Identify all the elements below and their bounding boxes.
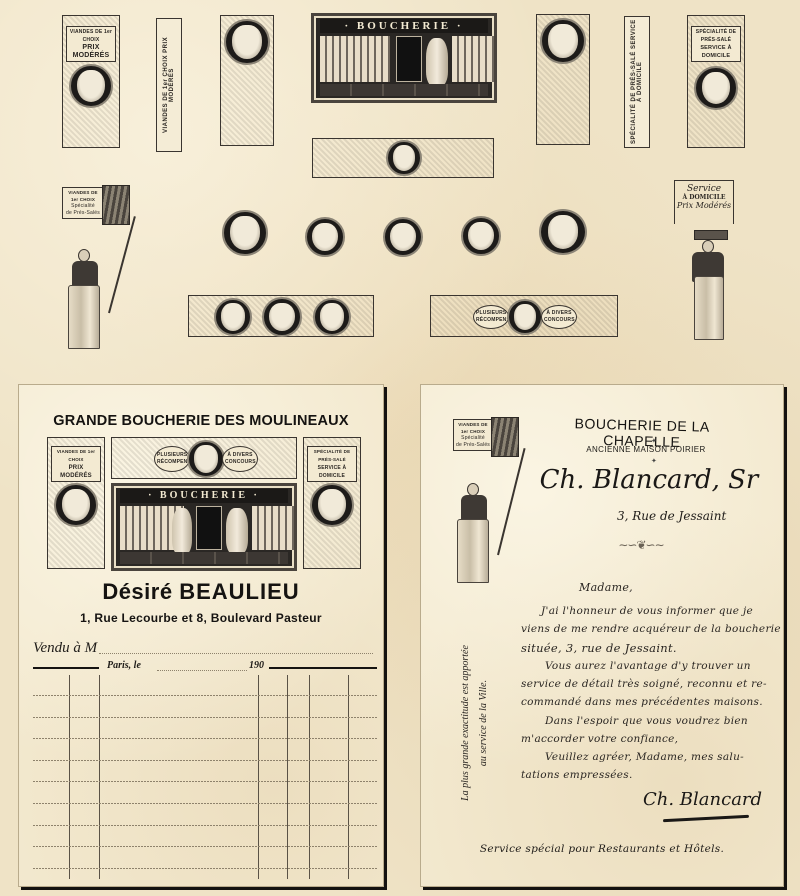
ox-head-icon (310, 483, 354, 527)
ledger-row (33, 781, 377, 782)
medal-plusieurs-recompenses: PLUSIEURS RÉCOMPENSES (473, 305, 509, 329)
vignette-right-column: SPÉCIALITÉ DE PRÉS-SALÉ SERVICE À DOMICI… (303, 437, 361, 569)
shop-sign: · BOUCHERIE · (120, 489, 288, 503)
porter-sign: Service À DOMICILE Prix Modérés (674, 180, 734, 224)
footer-note: Service spécial pour Restaurants et Hôte… (421, 843, 783, 855)
side-note-vertical: La plus grande exactitude est apportée a… (457, 603, 497, 843)
ledger-row (33, 695, 377, 696)
ox-head-icon (694, 66, 738, 110)
sold-to-line (99, 653, 373, 654)
sold-to-field[interactable]: Vendu à M (33, 637, 373, 657)
butcher-with-flag-illustration: VIANDES DE 1er CHOIX Spécialité de Prés-… (451, 415, 526, 587)
letter-line: m'accorder votre confiance, (521, 733, 678, 745)
flag-banner: VIANDES DE 1er CHOIX Spécialité de Prés-… (62, 187, 104, 219)
sheep-head-icon (187, 440, 225, 478)
owner-address: 1, Rue Lecourbe et 8, Boulevard Pasteur (19, 611, 383, 625)
ledger-row (33, 760, 377, 761)
ledger-row (33, 846, 377, 847)
letter-line: viens de me rendre acquéreur de la bouch… (521, 623, 781, 635)
ox-head-icon (262, 297, 302, 337)
medal-plusieurs-recompenses: PLUSIEURS RÉCOMPENSES (154, 446, 190, 472)
medal-divers-concours: À DIVERS CONCOURS (541, 305, 577, 329)
year-label: 190 (249, 660, 264, 671)
bull-head-icon (540, 18, 586, 64)
ribbon-vertical-right: SPÉCIALITÉ DE PRÉS-SALÉ SERVICE À DOMICI… (624, 16, 650, 148)
invoice-card-beaulieu: GRANDE BOUCHERIE DES MOULINEAUX VIANDES … (18, 384, 384, 887)
flag-banner: VIANDES DE 1er CHOIX Spécialité de Prés-… (453, 419, 493, 451)
sold-to-label: Vendu à M (33, 640, 97, 657)
vignette-cow-panel-left: VIANDES DE 1er CHOIX PRIX MODÉRÉS (62, 15, 120, 148)
porter-with-basket-illustration: Service À DOMICILE Prix Modérés (672, 180, 742, 352)
letter-line: Veuillez agréer, Madame, mes salu- (545, 751, 744, 763)
letter-line: tations empressées. (521, 769, 633, 781)
calf-head-icon (214, 298, 252, 336)
banner-specialite: SPÉCIALITÉ DE PRÉS-SALÉ SERVICE À DOMICI… (691, 26, 741, 62)
ledger-row (33, 738, 377, 739)
vignette-cow-panel-right: SPÉCIALITÉ DE PRÉS-SALÉ SERVICE À DOMICI… (687, 15, 745, 148)
ox-head-medallion (222, 210, 268, 256)
calf-head-medallion (383, 217, 423, 257)
lamb-head-medallion (461, 216, 501, 256)
frieze-three-heads (188, 295, 374, 337)
invoice-title: GRANDE BOUCHERIE DES MOULINEAUX (19, 413, 383, 429)
banner-specialite: SPÉCIALITÉ DE PRÉS-SALÉ SERVICE À DOMICI… (307, 446, 357, 482)
flourish-ornament: ∼∽❦∽∼ (601, 538, 681, 552)
signature-underline (663, 815, 749, 822)
letter-line: Dans l'espoir que vous voudrez bien (545, 715, 748, 727)
letterhead-address: 3, Rue de Jessaint (617, 509, 726, 523)
ribbon-vertical-left: VIANDES DE 1er CHOIX PRIX MODÉRÉS (156, 18, 182, 152)
sheep-head-icon (313, 298, 351, 336)
sheep-head-icon (507, 299, 543, 335)
cow-head-icon (224, 19, 270, 65)
divider-ornament: ✦ (651, 437, 657, 445)
shopfront-illustration: · BOUCHERIE · (311, 13, 497, 103)
date-label: Paris, le (107, 660, 141, 671)
vignette-left-column: VIANDES DE 1er CHOIX PRIX MODÉRÉS (47, 437, 105, 569)
cow-head-medallion (539, 209, 587, 255)
date-input-line[interactable] (157, 670, 247, 671)
banner-viandes: VIANDES DE 1er CHOIX PRIX MODÉRÉS (66, 26, 116, 62)
letter-line: commandé dans mes précédentes maisons. (521, 696, 763, 708)
date-line: Paris, le 190 (33, 661, 377, 675)
letter-card-blancard: VIANDES DE 1er CHOIX Spécialité de Prés-… (420, 384, 784, 887)
letter-line: service de détail très soigné, reconnu e… (521, 678, 767, 690)
ledger-row (33, 868, 377, 869)
shopfront-illustration: · BOUCHERIE · (111, 483, 297, 571)
vignette-bull-tools (536, 14, 590, 145)
ledger-row (33, 825, 377, 826)
cow-head-icon (54, 483, 98, 527)
butcher-with-flag-illustration: VIANDES DE 1er CHOIX Spécialité de Prés-… (60, 183, 135, 355)
signature: Ch. Blancard (643, 789, 762, 810)
ledger-row (33, 803, 377, 804)
sheep-head-medallion (305, 217, 345, 257)
banner-viandes: VIANDES DE 1er CHOIX PRIX MODÉRÉS (51, 446, 101, 482)
frieze-sheep-foliage (312, 138, 494, 178)
proprietor-name: Ch. Blancard, Sr (539, 465, 759, 495)
vignette-cow-tools (220, 15, 274, 146)
letter-line: située, 3, rue de Jessaint. (521, 641, 677, 655)
letter-line: Vous aurez l'avantage d'y trouver un (545, 660, 751, 672)
ledger-grid[interactable] (33, 675, 377, 880)
frieze-sheep-awards: PLUSIEURS RÉCOMPENSES À DIVERS CONCOURS (111, 437, 297, 479)
sheep-head-icon (386, 140, 422, 176)
ledger-row (33, 717, 377, 718)
medal-divers-concours: À DIVERS CONCOURS (222, 446, 258, 472)
letter-line: J'ai l'honneur de vous informer que je (541, 605, 753, 617)
frieze-recompenses: PLUSIEURS RÉCOMPENSES À DIVERS CONCOURS (430, 295, 618, 337)
cow-head-icon (69, 64, 113, 108)
divider-ornament: ✦ (651, 457, 657, 465)
salutation: Madame, (579, 581, 633, 594)
shop-sign: · BOUCHERIE · (320, 19, 488, 33)
owner-name: Désiré BEAULIEU (19, 579, 383, 605)
letterhead-subtitle: ANCIENNE MAISON POIRIER (551, 445, 741, 454)
